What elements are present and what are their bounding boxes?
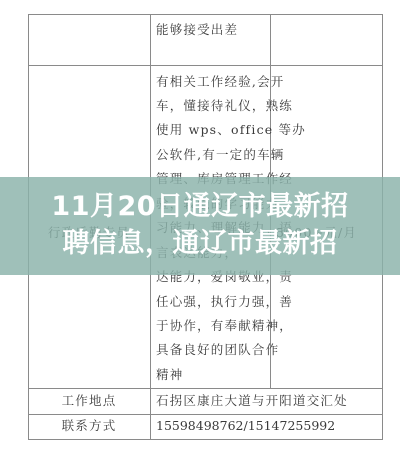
row-divider bbox=[28, 65, 382, 66]
headline-line-2: 聘信息，通辽市最新招 bbox=[0, 225, 400, 262]
requirement-line: 于协作，有奉献精神， bbox=[156, 314, 268, 339]
table-border-top bbox=[28, 14, 382, 15]
requirement-line: 公软件,有一定的车辆 bbox=[156, 143, 268, 168]
headline-title: 11月20日通辽市最新招 聘信息，通辽市最新招 bbox=[0, 188, 400, 262]
requirement-line: 任心强，执行力强，善 bbox=[156, 290, 268, 315]
location-value: 石拐区康庄大道与开阳道交汇处 bbox=[156, 389, 348, 414]
contact-label: 联系方式 bbox=[28, 414, 150, 439]
location-label: 工作地点 bbox=[28, 389, 150, 414]
requirement-line: 具备良好的团队合作 bbox=[156, 338, 268, 363]
contact-value: 15598498762/15147255992 bbox=[156, 414, 335, 439]
table-border-bottom bbox=[28, 439, 382, 440]
requirement-line: 有相关工作经验,会开 bbox=[156, 70, 268, 95]
requirement-line: 精神 bbox=[156, 363, 268, 388]
requirement-text: 能够接受出差 bbox=[156, 18, 268, 43]
requirement-line: 使用 wps、office 等办 bbox=[156, 118, 268, 143]
headline-line-1: 11月20日通辽市最新招 bbox=[0, 188, 400, 225]
requirement-line: 车，懂接待礼仪，熟练 bbox=[156, 94, 268, 119]
